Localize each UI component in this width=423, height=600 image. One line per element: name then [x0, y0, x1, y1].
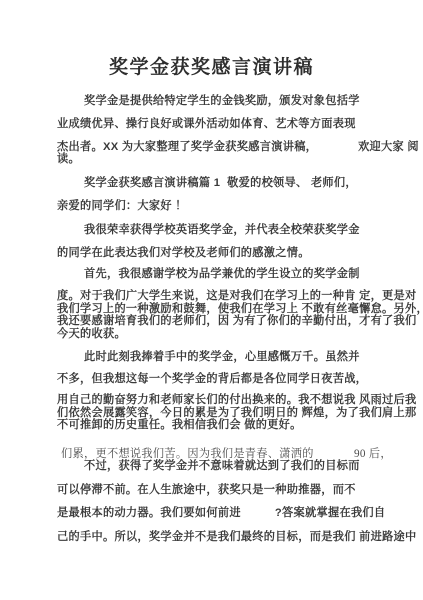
paragraph-line: 可以停滞不前。在人生旅途中，获奖只是一种助推器，而不 [57, 484, 356, 497]
paragraph-line: 的同学在此表达我们对学校及老师们的感激之情。 [57, 247, 310, 260]
paragraph-line: 我很荣幸获得学校英语奖学金，并代表全校荣获奖学金 [84, 224, 360, 237]
paragraph-line: 们依然会展露笑容，今日的累是为了我们明日的 辉煌，为了我们肩上那 [57, 407, 417, 420]
paragraph-line: 今天的收获。 [57, 328, 126, 341]
paragraph-line: 度。对于我们广大学生来说，这是对我们在学习上的一种肯 定，更是对 [57, 290, 417, 303]
paragraph-line: 是最根本的动力器。我们要如何前进 ?答案就掌握在我们自 [57, 507, 385, 520]
paragraph-line: 不多，但我想这每一个奖学金的背后都是各位同学日夜苦战， [57, 373, 367, 386]
paragraph-line: 此时此刻我捧着手中的奖学金，心里感慨万千。虽然并 [84, 351, 360, 364]
paragraph-line: 我还要感谢培育我们的老师们，因 为有了你们的辛勤付出，才有了我们 [57, 315, 417, 328]
paragraph-line: 奖学金是提供给特定学生的金钱奖励，颁发对象包括学 [84, 95, 360, 108]
paragraph-line: 杰出者。XX 为大家整理了奖学金获奖感言演讲稿， 欢迎大家 阅 [57, 141, 419, 154]
paragraph-line: 不过，获得了奖学金并不意味着就达到了我们的目标而 [84, 460, 360, 473]
doc-title: 奖学金获奖感言演讲稿 [0, 52, 423, 79]
paragraph-line: 读。 [57, 153, 80, 166]
paragraph-line: 首先，我很感谢学校为品学兼优的学生设立的奖学金制 [84, 268, 360, 281]
paragraph-line: 奖学金获奖感言演讲稿篇 1 敬爱的校领导、 老师们， [84, 177, 357, 190]
paragraph-line: 不可推卸的历史重任。我相信我们会 做的更好。 [57, 419, 302, 432]
paragraph-line: 我们学习上的一种激励和鼓舞，使我们在学习上 不敢有丝毫懈怠。另外， [57, 303, 423, 316]
paragraph-line: 亲爱的同学们：大家好 ！ [57, 200, 187, 213]
paragraph-line: 用自己的勤奋努力和老师家长们的付出换来的。我不想说我 风雨过后我 [57, 394, 417, 407]
paragraph-line: 业成绩优异、操行良好或课外活动如体育、艺术等方面表现 [57, 118, 356, 131]
paragraph-line: 们累，更不想说我们苦。因为我们是青春、潇洒的 90 后， [61, 448, 392, 461]
document-page: 奖学金获奖感言演讲稿 奖学金是提供给特定学生的金钱奖励，颁发对象包括学 业成绩优… [0, 0, 423, 600]
paragraph-line: 己的手中。所以，奖学金并不是我们最终的目标，而是我们 前进路途中 [57, 531, 417, 544]
